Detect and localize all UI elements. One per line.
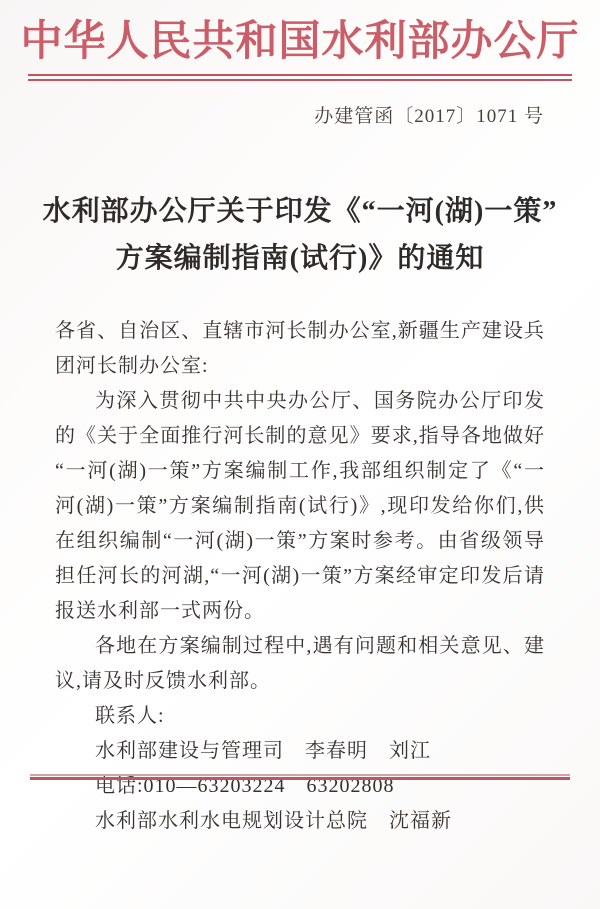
contact-institute-line: 水利部水利水电规划设计总院 沈福新 xyxy=(55,804,545,839)
letterhead-double-rule xyxy=(28,74,572,81)
official-document-page: 中华人民共和国水利部办公厅 办建管函〔2017〕1071 号 水利部办公厅关于印… xyxy=(0,0,600,909)
body-paragraph-2: 各地在方案编制过程中,遇有问题和相关意见、建议,请及时反馈水利部。 xyxy=(55,629,545,699)
document-title-line2: 方案编制指南(试行)》的通知 xyxy=(0,235,600,282)
document-title-line1: 水利部办公厅关于印发《“一河(湖)一策” xyxy=(0,188,600,235)
contact-label-line: 联系人: xyxy=(55,699,545,734)
document-body: 各省、自治区、直辖市河长制办公室,新疆生产建设兵团河长制办公室: 为深入贯彻中共… xyxy=(55,314,545,839)
contact-department-line: 水利部建设与管理司 李春明 刘江 xyxy=(55,734,545,769)
document-number: 办建管函〔2017〕1071 号 xyxy=(0,101,600,128)
letterhead-org-name: 中华人民共和国水利部办公厅 xyxy=(0,0,600,70)
body-paragraph-1: 为深入贯彻中共中央办公厅、国务院办公厅印发的《关于全面推行河长制的意见》要求,指… xyxy=(55,384,545,629)
salutation-paragraph: 各省、自治区、直辖市河长制办公室,新疆生产建设兵团河长制办公室: xyxy=(55,314,545,384)
footer-double-rule xyxy=(30,774,570,780)
document-title: 水利部办公厅关于印发《“一河(湖)一策” 方案编制指南(试行)》的通知 xyxy=(0,188,600,282)
